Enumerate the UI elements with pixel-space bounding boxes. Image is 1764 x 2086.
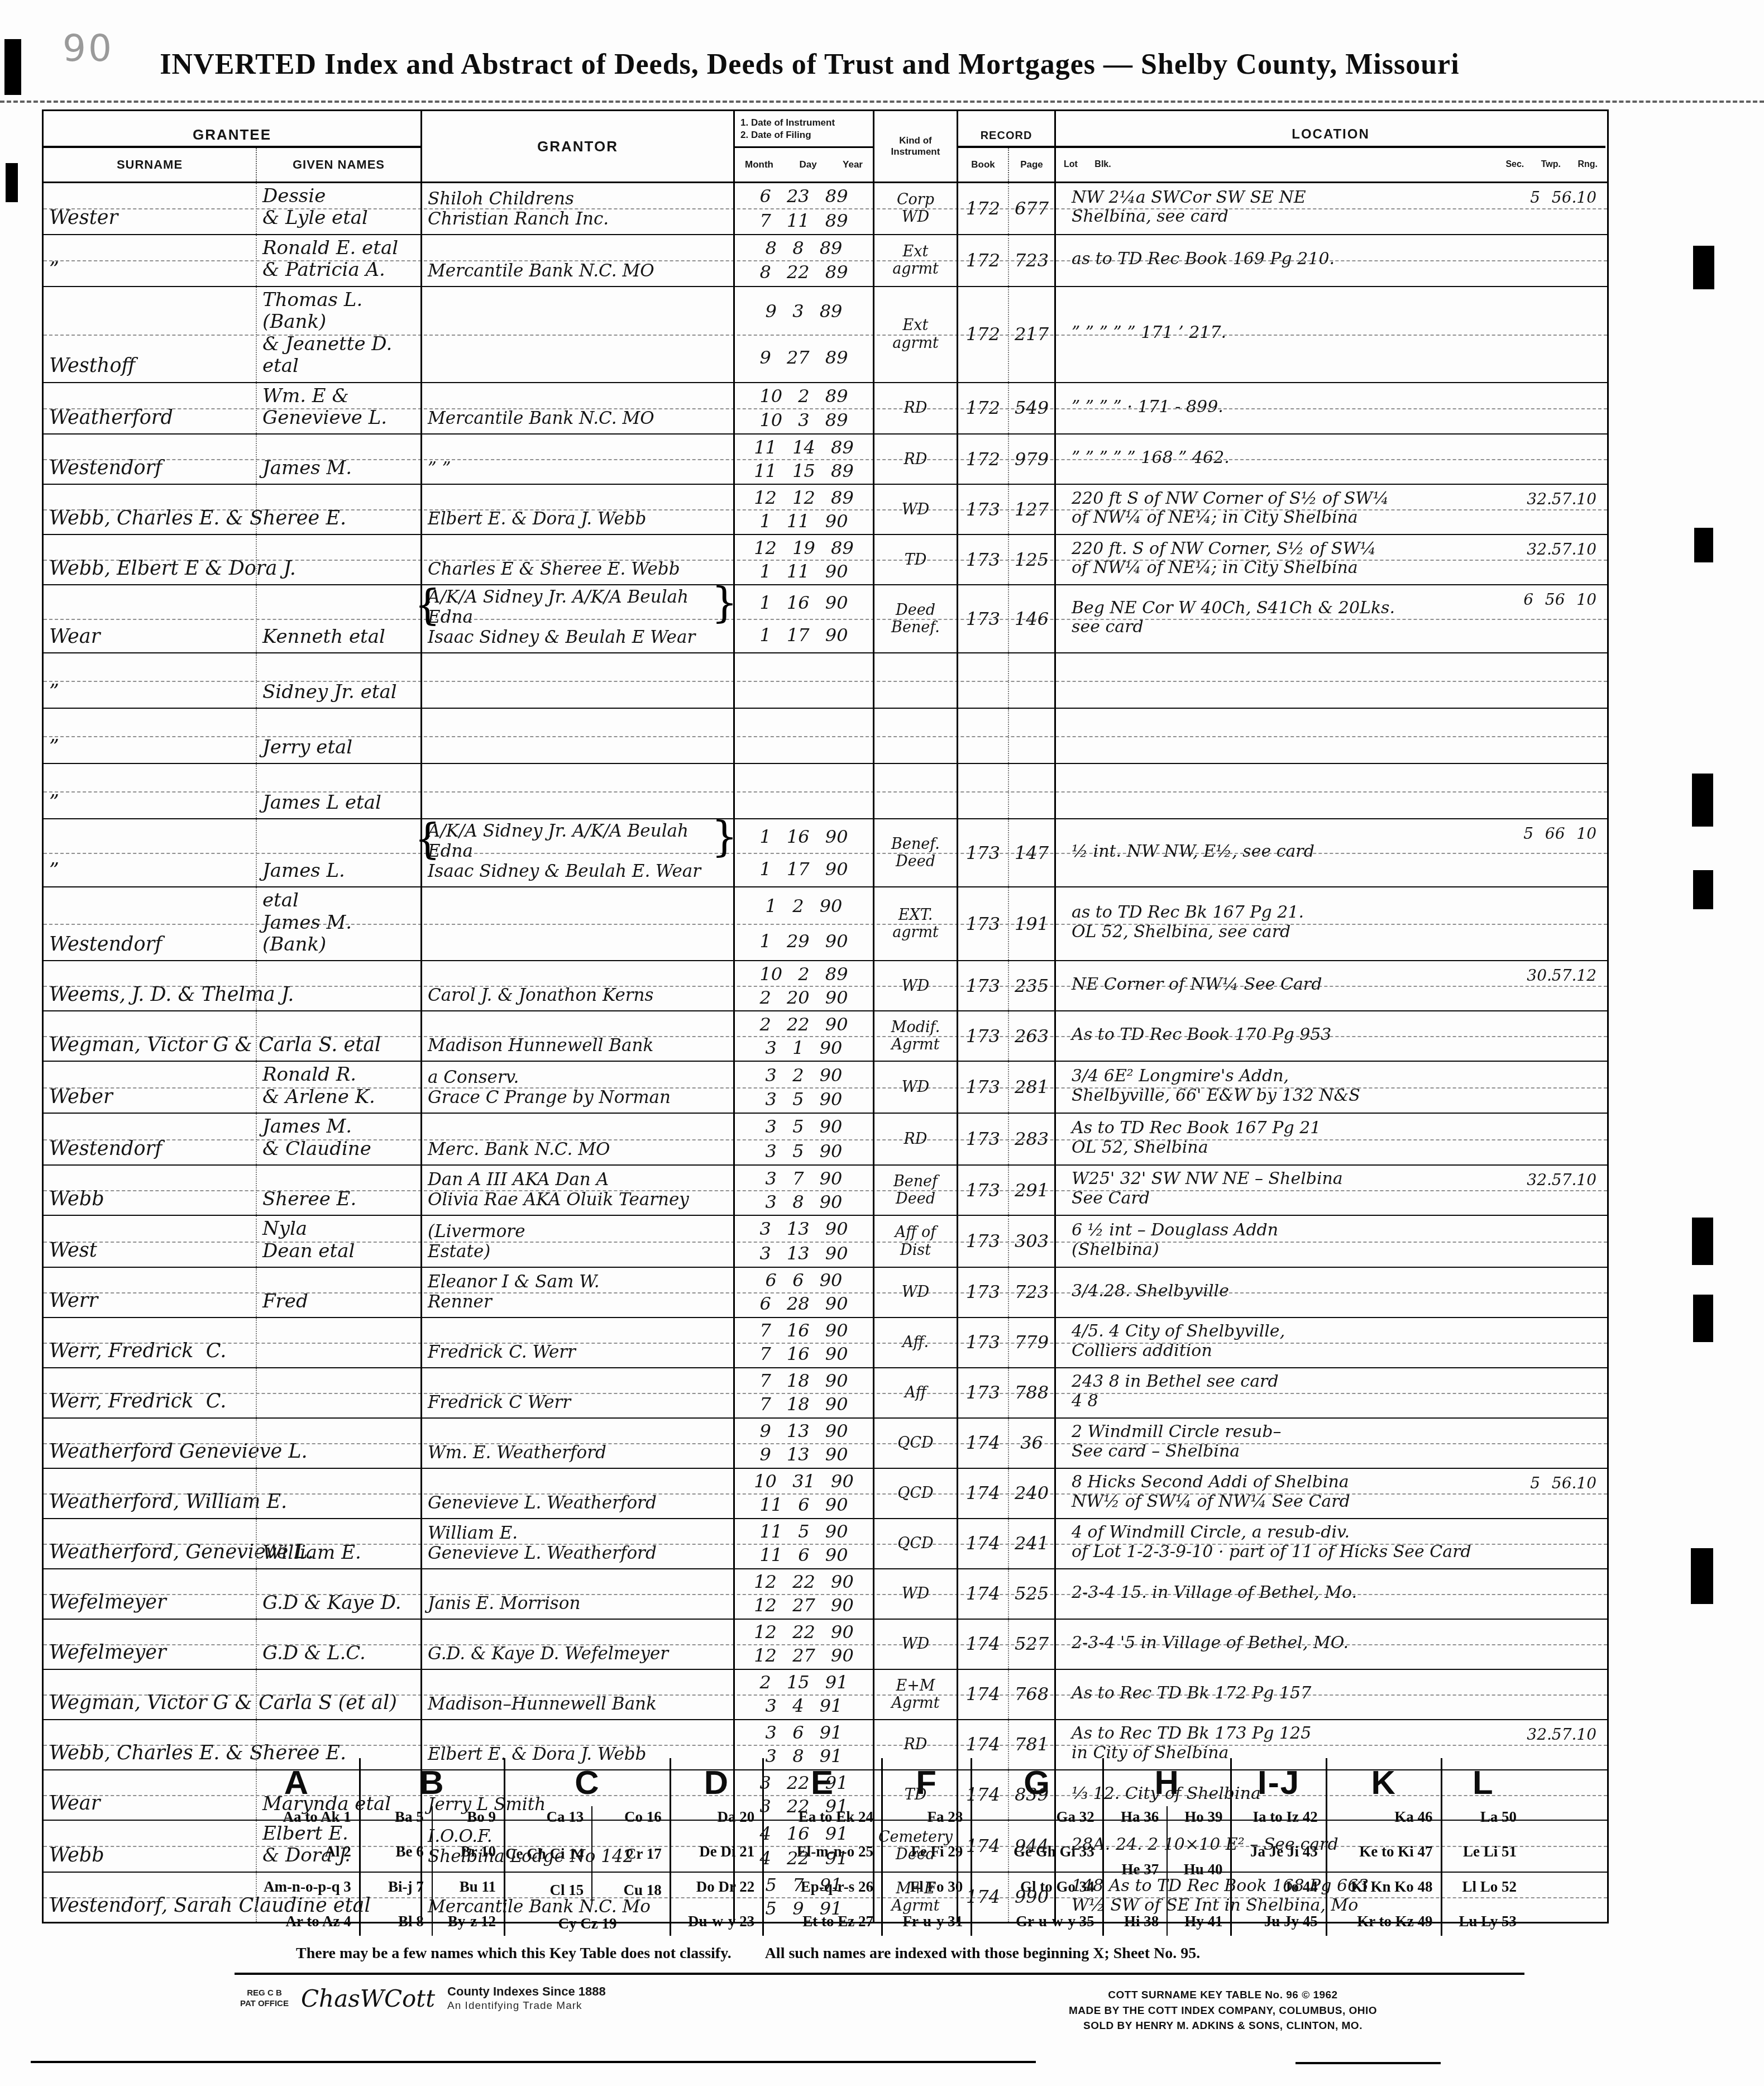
grantor-name: Dan A III AKA Dan A Olivia Rae AKA Oluik… [420,1166,733,1215]
record-page: 291 [1008,1166,1054,1215]
dates: 12 22 90 12 27 90 [733,1620,873,1669]
dates: 11 5 90 11 6 90 [733,1519,873,1568]
sec-twp-rng-value [1483,435,1605,484]
location-description: NE Corner of NW¼ See Card [1054,961,1483,1010]
date-of-filing: 3 22 91 [759,1796,848,1817]
kind-of-instrument: EXT. agrmt [873,887,957,960]
trademark-block: REG C B PAT OFFICE ChasWCott County Inde… [240,1984,606,2012]
grantor-name [420,653,733,708]
location-description: 2-3-4 15. in Village of Bethel, Mo. [1054,1569,1483,1619]
table-row: Westendorf etal James M. (Bank) 1 2 90 1… [44,886,1607,960]
dates [733,709,873,763]
kind-of-instrument: RD [873,383,957,434]
record-page: 191 [1008,887,1054,960]
record-page: 217 [1008,287,1054,382]
scan-mark [1295,2062,1441,2064]
key-table-note: There may be a few names which this Key … [235,1936,1524,1973]
table-row: West Nyla Dean etal (Livermore Estate) 3… [44,1215,1607,1267]
record-page: 768 [1008,1670,1054,1719]
dates [733,653,873,708]
grantee-surname: Wegman, Victor G & Carla S. etal [44,1011,256,1061]
sec-twp-rng-value: 5 56.10 [1483,1469,1605,1518]
grantee-surname: Weatherford, William E. [44,1469,256,1518]
kind-of-instrument: E+M Agrmt [873,1670,957,1719]
publisher-line2: MADE BY THE COTT INDEX COMPANY, COLUMBUS… [1005,2003,1441,2019]
sec-twp-rng-value: 5 66 10 [1483,819,1605,886]
date-of-instrument: 12 19 89 [754,538,854,559]
date-of-instrument: 3 22 91 [759,1773,848,1793]
date-of-instrument: 3 2 90 [766,1065,843,1086]
date-of-filing: 6 28 90 [759,1293,848,1314]
scan-mark [1693,246,1714,289]
date-of-filing: 1 11 90 [759,511,848,532]
header-location-sub: Lot Blk. Sec. Twp. Rng. [1054,148,1605,182]
scan-mark [1693,870,1713,909]
sec-twp-rng-value [1483,1821,1605,1872]
grantor-name: a Conserv. Grace C Prange by Norman [420,1062,733,1113]
header-month: Month [745,159,773,170]
location-description: 28A. 24. 2 10×10 E² – See card [1054,1821,1483,1872]
table-row: Webb, Elbert E & Dora J. Charles E & She… [44,534,1607,584]
kind-of-instrument: TD [873,535,957,584]
grantee-given-names: G.D & Kaye D. [256,1569,420,1619]
grantee-given-names: James M. [256,435,420,484]
date-of-instrument: 10 31 90 [754,1471,854,1492]
grantor-name: Eleanor I & Sam W. Renner [420,1268,733,1317]
date-of-filing: 3 8 90 [766,1192,843,1213]
record-page: 723 [1008,1268,1054,1317]
grantee-surname: Werr [44,1268,256,1317]
date-of-instrument: 11 14 89 [754,437,854,458]
table-row: Westendorf James M. & Claudine Merc. Ban… [44,1113,1607,1164]
header-record: RECORD [957,111,1054,148]
grantee-surname: Wear [44,585,256,652]
record-book: 173 [957,1011,1008,1061]
kind-of-instrument: M+E Agrmt [873,1873,957,1922]
kind-of-instrument: QCD [873,1469,957,1518]
grantor-name: Mercantile Bank N.C. MO [420,383,733,434]
dates: 6 23 89 7 11 89 [733,183,873,234]
kind-of-instrument: Cemetery Deed [873,1821,957,1872]
table-row: ” James L etal [44,763,1607,818]
grantee-given-names: Ronald E. etal & Patricia A. [256,235,420,286]
sec-twp-rng-value [1483,383,1605,434]
dates: 8 8 89 8 22 89 [733,235,873,286]
location-description: NW 2¼a SWCor SW SE NE Shelbina, see card [1054,183,1483,234]
table-row: Westendorf James M. ” ” 11 14 89 11 15 8… [44,433,1607,484]
record-book: 174 [957,1821,1008,1872]
record-book: 173 [957,1268,1008,1317]
location-description: As to TD Rec Book 170 Pg 953 [1054,1011,1483,1061]
record-page: 127 [1008,485,1054,534]
record-page: 677 [1008,183,1054,234]
dates: 3 13 90 3 13 90 [733,1216,873,1267]
table-row: Weatherford Genevieve L. Wm. E. Weatherf… [44,1417,1607,1468]
record-book: 173 [957,1216,1008,1267]
grantee-given-names: etal James M. (Bank) [256,887,420,960]
grantee-surname: Wear [44,1770,256,1820]
kind-of-instrument: Aff [873,1368,957,1417]
date-of-instrument: 1 2 90 [766,896,843,916]
header-surname: SURNAME [44,148,256,182]
header-dates: 1. Date of Instrument 2. Date of Filing [733,111,873,148]
date-of-filing: 12 27 90 [754,1645,854,1666]
location-description: As to Rec TD Bk 172 Pg 157 [1054,1670,1483,1719]
grantee-surname: Weber [44,1062,256,1113]
rule-divider [0,101,1764,103]
grantee-given-names: Wm. E & Genevieve L. [256,383,420,434]
date-of-filing: 1 17 90 [759,859,848,880]
publisher-line3: SOLD BY HENRY M. ADKINS & SONS, CLINTON,… [1005,2018,1441,2034]
sec-twp-rng-value: 5 56.10 [1483,183,1605,234]
grantee-given-names: Sheree E. [256,1166,420,1215]
record-page: 723 [1008,235,1054,286]
dates: 12 22 90 12 27 90 [733,1569,873,1619]
sec-twp-rng-value: 6 56 10 [1483,585,1605,652]
grantee-given-names [256,1318,420,1367]
record-page: 36 [1008,1419,1054,1468]
kind-of-instrument: Aff. [873,1318,957,1367]
dates: 4 16 91 4 22 91 [733,1821,873,1872]
dates: 11 14 89 11 15 89 [733,435,873,484]
grantee-given-names [256,1720,420,1769]
record-page: 283 [1008,1114,1054,1164]
grantee-given-names: Thomas L. (Bank) & Jeanette D. etal [256,287,420,382]
location-description: as to TD Rec Bk 167 Pg 21. OL 52, Shelbi… [1054,887,1483,960]
record-page: 788 [1008,1368,1054,1417]
scanned-ledger-page: 90 INVERTED Index and Abstract of Deeds,… [0,0,1764,2086]
sec-twp-rng-value [1483,1216,1605,1267]
date-of-instrument: 3 7 90 [766,1168,843,1189]
table-row: Webb Elbert E. & Dora J. I.O.O.F. Shelbi… [44,1820,1607,1872]
grantor-name [420,287,733,382]
sec-twp-rng-value [1483,1114,1605,1164]
page-footer: REG C B PAT OFFICE ChasWCott County Inde… [0,1980,1764,2047]
sec-twp-rng-value [1483,1419,1605,1468]
grantee-given-names [256,485,420,534]
sec-twp-rng-value [1483,1770,1605,1820]
location-description: 2 Windmill Circle resub– See card – Shel… [1054,1419,1483,1468]
record-book: 174 [957,1770,1008,1820]
dates: 9 3 89 9 27 89 [733,287,873,382]
sec-twp-rng-value [1483,1519,1605,1568]
table-row: ” James L. A/K/A Sidney Jr. A/K/A Beulah… [44,818,1607,886]
location-description: 4/5. 4 City of Shelbyville, Colliers add… [1054,1318,1483,1367]
header-kind-of-instrument: Kind of Instrument [873,111,957,182]
record-book [957,709,1008,763]
grantee-surname: Webb, Elbert E & Dora J. [44,535,256,584]
dates: 7 18 90 7 18 90 [733,1368,873,1417]
record-book: 173 [957,1318,1008,1367]
date-of-instrument: 3 6 91 [766,1722,843,1743]
header-page: Page [1008,148,1054,182]
dates: 10 31 90 11 6 90 [733,1469,873,1518]
dates: 10 2 89 10 3 89 [733,383,873,434]
record-page: 303 [1008,1216,1054,1267]
record-page: 549 [1008,383,1054,434]
kind-of-instrument: Benef Deed [873,1166,957,1215]
header-date-filing: 2. Date of Filing [740,129,811,141]
grantee-given-names: Ronald R. & Arlene K. [256,1062,420,1113]
grantee-surname: Westendorf [44,435,256,484]
grantee-surname: ” [44,709,256,763]
date-of-instrument: 5 7 91 [766,1875,843,1896]
table-row: Weber Ronald R. & Arlene K. a Conserv. G… [44,1061,1607,1113]
table-row: Werr, Fredrick C. Fredrick C. Werr 7 16 … [44,1317,1607,1367]
table-header: GRANTEE SURNAME GIVEN NAMES GRANTOR 1. D… [44,111,1607,183]
grantee-surname: Wegman, Victor G & Carla S (et al) [44,1670,256,1719]
dates [733,764,873,818]
record-book: 173 [957,1114,1008,1164]
scan-mark [1694,528,1713,562]
record-book: 174 [957,1519,1008,1568]
scan-mark [4,39,21,95]
key-note-right: All such names are indexed with those be… [765,1945,1201,1963]
record-page: 125 [1008,535,1054,584]
record-page: 235 [1008,961,1054,1010]
sec-twp-rng-value [1483,764,1605,818]
header-month-day-year: Month Day Year [733,148,873,182]
date-of-filing: 3 5 90 [766,1089,843,1110]
date-of-filing: 3 5 90 [766,1141,843,1162]
record-book: 173 [957,535,1008,584]
key-note-left: There may be a few names which this Key … [296,1945,732,1963]
sec-twp-rng-value [1483,887,1605,960]
record-book: 173 [957,485,1008,534]
record-book: 173 [957,819,1008,886]
header-lot: Lot [1064,160,1078,169]
grantor-name: Merc. Bank N.C. MO [420,1114,733,1164]
grantee-given-names [256,1469,420,1518]
sec-twp-rng-value [1483,1062,1605,1113]
grantee-given-names: Jerry etal [256,709,420,763]
grantee-surname: Webb [44,1166,256,1215]
grantor-name: A/K/A Sidney Jr. A/K/A Beulah Edna Isaac… [420,585,733,652]
ledger-body: Wester Dessie & Lyle etal Shiloh Childre… [44,183,1607,1922]
location-description: 2-3-4 '5 in Village of Bethel, MO. [1054,1620,1483,1669]
grantee-surname: Wefelmeyer [44,1569,256,1619]
header-date-instrument: 1. Date of Instrument [740,117,835,128]
record-book: 174 [957,1873,1008,1922]
table-row: ” Ronald E. etal & Patricia A. Mercantil… [44,234,1607,286]
table-row: Weems, J. D. & Thelma J. Carol J. & Jona… [44,960,1607,1010]
record-book: 173 [957,1062,1008,1113]
date-of-filing: 9 13 90 [759,1444,848,1465]
dates: 5 7 91 5 9 91 [733,1873,873,1922]
grantor-name: Elbert E. & Dora J. Webb [420,485,733,534]
dates: 1 16 90 1 17 90 [733,819,873,886]
record-page [1008,653,1054,708]
grantor-name: Janis E. Morrison [420,1569,733,1619]
date-of-instrument: 10 2 89 [759,386,848,407]
date-of-filing: 3 4 91 [766,1696,843,1716]
header-rng: Rng. [1577,160,1598,169]
location-description: 243 8 in Bethel see card 4 8 [1054,1368,1483,1417]
table-row: Wefelmeyer G.D & L.C. G.D. & Kaye D. Wef… [44,1619,1607,1669]
record-book: 172 [957,287,1008,382]
grantee-given-names [256,1368,420,1417]
header-grantor: GRANTOR [420,111,733,182]
kind-of-instrument: RD [873,1114,957,1164]
date-of-filing: 1 17 90 [759,625,848,646]
date-of-filing: 7 11 89 [759,211,848,231]
sec-twp-rng-value [1483,1011,1605,1061]
dates: 1 16 90 1 17 90 [733,585,873,652]
table-row: Weatherford Wm. E & Genevieve L. Mercant… [44,382,1607,434]
location-description: 3/4 6E² Longmire's Addn, Shelbyville, 66… [1054,1062,1483,1113]
header-book: Book [957,148,1008,182]
header-sec: Sec. [1505,160,1524,169]
dates: 3 22 91 3 22 91 [733,1770,873,1820]
header-day: Day [799,159,816,170]
record-book: 174 [957,1720,1008,1769]
date-of-filing: 4 22 91 [759,1848,848,1869]
location-description: As to Rec TD Bk 173 Pg 125 in City of Sh… [1054,1720,1483,1769]
dates: 1 2 90 1 29 90 [733,887,873,960]
date-of-instrument: 10 2 89 [759,964,848,985]
record-page: 779 [1008,1318,1054,1367]
date-of-filing: 1 29 90 [759,931,848,952]
page-title: INVERTED Index and Abstract of Deeds, De… [0,48,1619,81]
grantee-given-names: Marynda etal [256,1770,420,1820]
table-row: Wear Marynda etal Jerry L Smith 3 22 91 … [44,1769,1607,1820]
date-of-instrument: 1 16 90 [759,827,848,847]
record-book: 173 [957,887,1008,960]
date-of-filing: 12 27 90 [754,1595,854,1616]
grantee-surname: Weems, J. D. & Thelma J. [44,961,256,1010]
grantor-name: Mercantile Bank N.C. MO [420,235,733,286]
scan-mark [6,163,18,202]
record-page: 990 [1008,1873,1054,1922]
grantee-surname: Westendorf [44,887,256,960]
date-of-filing: 10 3 89 [759,410,848,431]
dates: 3 6 91 3 8 91 [733,1720,873,1769]
grantor-name [420,887,733,960]
grantee-surname: ” [44,653,256,708]
grantee-surname: Weatherford, Genevieve L. [44,1519,256,1568]
date-of-instrument: 4 16 91 [759,1824,848,1844]
record-book: 174 [957,1670,1008,1719]
record-page: 979 [1008,435,1054,484]
grantee-given-names: William E. [256,1519,420,1568]
header-given-names: GIVEN NAMES [256,148,420,182]
table-row: ” Sidney Jr. etal [44,652,1607,708]
grantee-surname: ” [44,764,256,818]
dates: 9 13 90 9 13 90 [733,1419,873,1468]
location-description: 220 ft S of NW Corner of S½ of SW¼ of NW… [1054,485,1483,534]
kind-of-instrument: WD [873,1268,957,1317]
kind-of-instrument: RD [873,1720,957,1769]
dates: 2 22 90 3 1 90 [733,1011,873,1061]
header-twp: Twp. [1541,160,1561,169]
header-location: LOCATION [1054,111,1605,148]
date-of-instrument: 9 13 90 [759,1421,848,1441]
grantor-name: Madison–Hunnewell Bank [420,1670,733,1719]
date-of-filing: 2 20 90 [759,987,848,1008]
record-book: 174 [957,1569,1008,1619]
location-description: 148 As to TD Rec Book 168 Pg 663 W½ SW o… [1054,1873,1483,1922]
kind-of-instrument: Benef. Deed [873,819,957,886]
date-of-instrument: 11 5 90 [759,1521,848,1542]
table-row: ” Jerry etal [44,708,1607,763]
date-of-instrument: 7 18 90 [759,1371,848,1391]
location-description: 6 ½ int – Douglass Addn (Shelbina) [1054,1216,1483,1267]
sec-twp-rng-value [1483,709,1605,763]
date-of-filing: 7 18 90 [759,1394,848,1415]
date-of-instrument: 7 16 90 [759,1320,848,1341]
location-description: 220 ft. S of NW Corner, S½ of SW¼ of NW¼… [1054,535,1483,584]
dates: 2 15 91 3 4 91 [733,1670,873,1719]
grantee-surname: Wefelmeyer [44,1620,256,1669]
sec-twp-rng-value [1483,1569,1605,1619]
grantor-name: Genevieve L. Weatherford [420,1469,733,1518]
grantee-given-names: Dessie & Lyle etal [256,183,420,234]
date-of-filing: 9 27 89 [759,347,848,368]
sec-twp-rng-value [1483,1268,1605,1317]
trademark-line2: An Identifying Trade Mark [447,2000,606,2012]
sec-twp-rng-value: 30.57.12 [1483,961,1605,1010]
date-of-instrument: 12 22 90 [754,1572,854,1592]
dates: 3 5 90 3 5 90 [733,1114,873,1164]
dates: 12 12 89 1 11 90 [733,485,873,534]
sec-twp-rng-value [1483,1620,1605,1669]
date-of-filing: 5 9 91 [766,1898,843,1919]
record-page: 944 [1008,1821,1054,1872]
grantee-given-names: Fred [256,1268,420,1317]
dates: 6 6 90 6 28 90 [733,1268,873,1317]
trademark-registry-mark: REG C B PAT OFFICE [240,1988,289,2009]
sec-twp-rng-value: 32.57.10 [1483,1720,1605,1769]
table-row: Weatherford, William E. Genevieve L. Wea… [44,1468,1607,1518]
record-book: 174 [957,1469,1008,1518]
grantee-given-names [256,1011,420,1061]
grantee-surname: ” [44,819,256,886]
grantee-surname: Wester [44,183,256,234]
header-grantee: GRANTEE [44,111,420,148]
location-description: ⅓ 12. City of Shelbina [1054,1770,1483,1820]
record-book [957,653,1008,708]
table-row: Weatherford, Genevieve L. William E. Wil… [44,1518,1607,1568]
grantor-name: ” ” [420,435,733,484]
table-row: Wegman, Victor G & Carla S. etal Madison… [44,1010,1607,1061]
grantor-name: William E. Genevieve L. Weatherford [420,1519,733,1568]
date-of-instrument: 12 22 90 [754,1622,854,1643]
date-of-instrument: 3 5 90 [766,1116,843,1137]
grantee-given-names: James M. & Claudine [256,1114,420,1164]
trademark-line1: County Indexes Since 1888 [447,1984,606,1999]
kind-of-instrument: Deed Benef. [873,585,957,652]
grantee-surname: Webb [44,1821,256,1872]
kind-of-instrument: WD [873,1620,957,1669]
record-book: 173 [957,585,1008,652]
record-book [957,764,1008,818]
grantor-name: A/K/A Sidney Jr. A/K/A Beulah Edna Isaac… [420,819,733,886]
grantor-name: Fredrick C Werr [420,1368,733,1417]
dates: 3 7 90 3 8 90 [733,1166,873,1215]
date-of-instrument: 6 23 89 [759,186,848,207]
publisher-block: COTT SURNAME KEY TABLE No. 96 © 1962 MAD… [1005,1988,1441,2034]
kind-of-instrument: QCD [873,1419,957,1468]
record-book: 174 [957,1419,1008,1468]
grantor-name: Elbert E. & Dora J. Webb [420,1720,733,1769]
grantor-name: G.D. & Kaye D. Wefelmeyer [420,1620,733,1669]
location-description: 8 Hicks Second Addi of Shelbina NW½ of S… [1054,1469,1483,1518]
record-book: 173 [957,1368,1008,1417]
date-of-instrument: 8 8 89 [766,238,843,259]
record-book: 172 [957,235,1008,286]
sec-twp-rng-value [1483,1368,1605,1417]
grantee-given-names: Sidney Jr. etal [256,653,420,708]
